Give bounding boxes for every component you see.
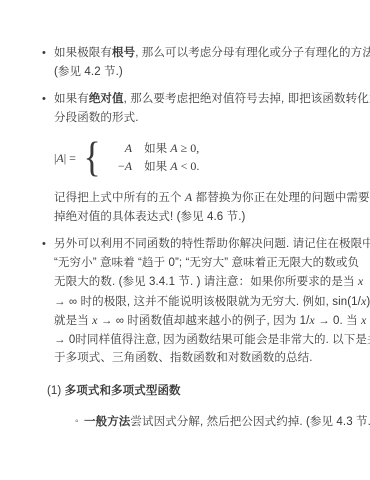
bullet-marker: • <box>42 44 54 63</box>
text-line: 掉绝对值的具体表达式! (参见 4.6 节.) <box>54 208 344 227</box>
section-heading-text: (1) 多项式和多项式型函数 <box>47 385 181 397</box>
case-condition: 如果 A < 0. <box>144 158 199 176</box>
text-line: 一般方法尝试因式分解, 然后把公因式约掉. (参见 4.3 节.) <box>84 413 344 432</box>
text-line: 如果有绝对值, 那么要考虑把绝对值符号去掉, 即把该函数转化为 <box>54 90 344 109</box>
formula-note: 记得把上式中所有的五个 A 都替换为你正在处理的问题中需要去 掉绝对值的具体表达… <box>54 188 344 226</box>
bullet-marker: • <box>42 235 54 254</box>
text-line: 另外可以利用不同函数的特性帮助你解决问题. 请记住在极限中, <box>54 235 344 254</box>
text-line: 如果极限有根号, 那么可以考虑分母有理化或分子有理化的方法. <box>54 44 344 63</box>
text-line: (参见 4.2 节.) <box>54 63 344 82</box>
case-value: A <box>108 140 132 157</box>
text-line: 于多项式、三角函数、指数函数和对数函数的总结. <box>54 349 344 368</box>
bullet-item-radical-tip: • 如果极限有根号, 那么可以考虑分母有理化或分子有理化的方法. (参见 4.2… <box>42 44 344 81</box>
bullet-item-absolute-value-tip: • 如果有绝对值, 那么要考虑把绝对值符号去掉, 即把该函数转化为 分段函数的形… <box>42 90 344 226</box>
section-heading-polynomials: (1) 多项式和多项式型函数 <box>47 382 344 401</box>
sub-bullet-item-general-method: ◦ 一般方法尝试因式分解, 然后把公因式约掉. (参见 4.3 节.) <box>75 413 344 432</box>
bullet-item-function-traits-tip: • 另外可以利用不同函数的特性帮助你解决问题. 请记住在极限中, “无穷小” 意… <box>42 235 344 368</box>
text-line: → 0时同样值得注意, 因为函数结果可能会是非常大的. 以下是关 <box>54 331 344 350</box>
piecewise-formula: |A| = { A 如果 A ≥ 0, −A 如果 A < 0. <box>54 140 344 176</box>
formula-lhs: |A| = <box>54 151 76 166</box>
text-line: “无穷小” 意味着 “趋于 0”; “无穷大” 意味着正无限大的数或负 <box>54 254 344 273</box>
formula-cases: A 如果 A ≥ 0, −A 如果 A < 0. <box>108 140 199 176</box>
case-value: −A <box>108 158 132 175</box>
bullet-text-absolute-value-tip: 如果有绝对值, 那么要考虑把绝对值符号去掉, 即把该函数转化为 分段函数的形式.… <box>54 90 344 226</box>
bullet-marker: • <box>42 90 54 109</box>
sub-bullet-text-general-method: 一般方法尝试因式分解, 然后把公因式约掉. (参见 4.3 节.) <box>84 413 344 432</box>
bullet-text-radical-tip: 如果极限有根号, 那么可以考虑分母有理化或分子有理化的方法. (参见 4.2 节… <box>54 44 344 81</box>
sub-bullet-marker: ◦ <box>75 413 84 432</box>
case-condition: 如果 A ≥ 0, <box>144 140 199 158</box>
text-line: → ∞ 时的极限, 这并不能说明该极限就为无穷大. 例如, sin(1/x) <box>54 292 344 312</box>
text-line: 无限大的数. (参见 3.4.1 节. ) 请注意：如果你所要求的是当 x <box>54 272 344 292</box>
text-line: 记得把上式中所有的五个 A 都替换为你正在处理的问题中需要去 <box>54 188 344 208</box>
bullet-text-function-traits-tip: 另外可以利用不同函数的特性帮助你解决问题. 请记住在极限中, “无穷小” 意味着… <box>54 235 344 368</box>
formula-case-negative: −A 如果 A < 0. <box>108 158 199 176</box>
formula-case-nonnegative: A 如果 A ≥ 0, <box>108 140 199 158</box>
text-line: 分段函数的形式. <box>54 109 344 128</box>
document-page: • 如果极限有根号, 那么可以考虑分母有理化或分子有理化的方法. (参见 4.2… <box>0 0 370 480</box>
text-line: 就是当 x → ∞ 时函数值却越来越小的例子, 因为 1/x → 0. 当 x <box>54 311 344 331</box>
